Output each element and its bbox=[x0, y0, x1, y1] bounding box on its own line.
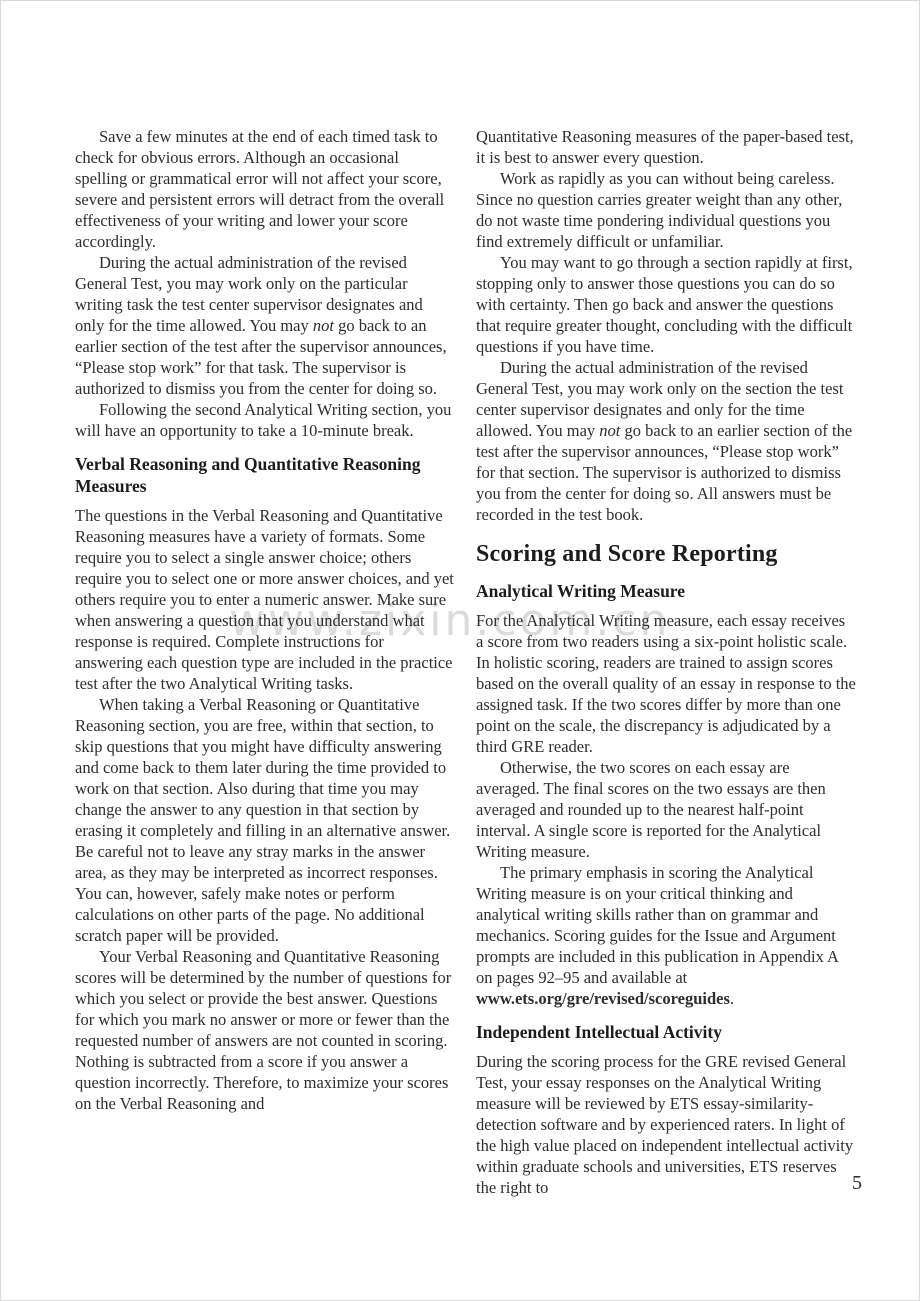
text-run: Quantitative Reasoning measures of the p… bbox=[476, 127, 854, 167]
right-column: Quantitative Reasoning measures of the p… bbox=[476, 126, 856, 1198]
paragraph: Following the second Analytical Writing … bbox=[75, 399, 455, 441]
subhead: Independent Intellectual Activity bbox=[476, 1021, 856, 1043]
text-run: For the Analytical Writing measure, each… bbox=[476, 611, 856, 756]
paragraph: Work as rapidly as you can without being… bbox=[476, 168, 856, 252]
text-run: Work as rapidly as you can without being… bbox=[476, 169, 842, 251]
text-run: Otherwise, the two scores on each essay … bbox=[476, 758, 826, 861]
text-run: When taking a Verbal Reasoning or Quanti… bbox=[75, 695, 450, 945]
page-number: 5 bbox=[852, 1171, 862, 1195]
text-run: . bbox=[730, 989, 734, 1008]
paragraph: When taking a Verbal Reasoning or Quanti… bbox=[75, 694, 455, 946]
text-run: The primary emphasis in scoring the Anal… bbox=[476, 863, 838, 987]
emphasized-text: not bbox=[599, 421, 620, 440]
paragraph: You may want to go through a section rap… bbox=[476, 252, 856, 357]
paragraph: For the Analytical Writing measure, each… bbox=[476, 610, 856, 757]
section-title: Scoring and Score Reporting bbox=[476, 540, 856, 568]
subhead: Verbal Reasoning and Quantitative Reason… bbox=[75, 453, 455, 497]
paragraph: The questions in the Verbal Reasoning an… bbox=[75, 505, 455, 694]
text-run: Scoring and Score Reporting bbox=[476, 541, 778, 567]
document-page: www.zixin.com.cn Save a few minutes at t… bbox=[0, 0, 920, 1301]
paragraph: During the scoring process for the GRE r… bbox=[476, 1051, 856, 1198]
paragraph: The primary emphasis in scoring the Anal… bbox=[476, 862, 856, 1009]
url-text: www.ets.org/gre/revised/scoreguides bbox=[476, 989, 730, 1008]
paragraph: Your Verbal Reasoning and Quantitative R… bbox=[75, 946, 455, 1114]
left-column: Save a few minutes at the end of each ti… bbox=[75, 126, 455, 1114]
text-run: Verbal Reasoning and Quantitative Reason… bbox=[75, 454, 421, 496]
paragraph: During the actual administration of the … bbox=[476, 357, 856, 525]
subhead: Analytical Writing Measure bbox=[476, 580, 856, 602]
text-run: During the scoring process for the GRE r… bbox=[476, 1052, 853, 1197]
text-run: Analytical Writing Measure bbox=[476, 581, 685, 601]
text-run: The questions in the Verbal Reasoning an… bbox=[75, 506, 454, 693]
paragraph: Quantitative Reasoning measures of the p… bbox=[476, 126, 856, 168]
text-run: Your Verbal Reasoning and Quantitative R… bbox=[75, 947, 451, 1113]
text-run: You may want to go through a section rap… bbox=[476, 253, 853, 356]
text-run: Save a few minutes at the end of each ti… bbox=[75, 127, 444, 251]
paragraph: Otherwise, the two scores on each essay … bbox=[476, 757, 856, 862]
paragraph: During the actual administration of the … bbox=[75, 252, 455, 399]
text-run: Following the second Analytical Writing … bbox=[75, 400, 451, 440]
emphasized-text: not bbox=[313, 316, 334, 335]
paragraph: Save a few minutes at the end of each ti… bbox=[75, 126, 455, 252]
text-run: Independent Intellectual Activity bbox=[476, 1022, 722, 1042]
